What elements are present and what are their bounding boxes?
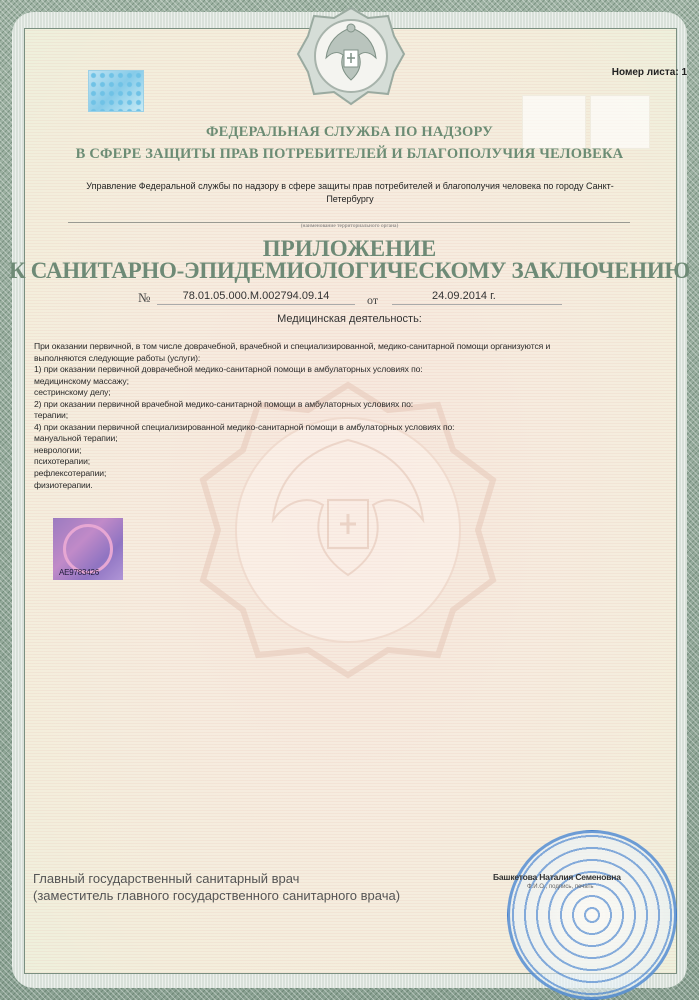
body-line: медицинскому массажу; [34,376,654,388]
agency-name-line2: В СФЕРЕ ЗАЩИТЫ ПРАВ ПОТРЕБИТЕЛЕЙ И БЛАГО… [0,146,699,163]
signatory-title-line1: Главный государственный санитарный врач [33,870,400,887]
territorial-authority-line2: Петербургу [55,193,645,206]
activity-type: Медицинская деятельность: [0,313,699,325]
territorial-authority-line1: Управление Федеральной службы по надзору… [55,180,645,193]
signatory-name: Башкетова Наталия Семеновна [493,872,621,882]
document-date: 24.09.2014 г. [392,290,562,305]
coat-of-arms-emblem-icon [296,6,406,106]
body-line: сестринскому делу; [34,387,654,399]
body-line: рефлексотерапии; [34,468,654,480]
authority-caption: (наименование территориального органа) [0,223,699,229]
territorial-authority: Управление Федеральной службы по надзору… [55,180,645,206]
body-line: неврологии; [34,445,654,457]
body-line: психотерапии; [34,456,654,468]
hologram-ring-icon [63,524,113,574]
body-line: мануальной терапии; [34,433,654,445]
hologram-sticker-top [88,70,144,112]
hologram-sticker-bottom: AE9783426 [53,518,123,580]
document-number-row: № 78.01.05.000.М.002794.09.14 от 24.09.2… [0,290,699,308]
body-line: 2) при оказании первичной врачебной меди… [34,399,654,411]
document-number: 78.01.05.000.М.002794.09.14 [157,290,355,305]
body-line: 4) при оказании первичной специализирова… [34,422,654,434]
sheet-number: Номер листа: 1 [612,67,687,78]
agency-name-line1: ФЕДЕРАЛЬНАЯ СЛУЖБА ПО НАДЗОРУ [0,124,699,141]
body-line: терапии; [34,410,654,422]
services-list: При оказании первичной, в том числе довр… [34,341,654,491]
body-line: выполняются следующие работы (услуги): [34,353,654,365]
body-line: При оказании первичной, в том числе довр… [34,341,654,353]
body-line: физиотерапии. [34,480,654,492]
document-title-line2: К САНИТАРНО-ЭПИДЕМИОЛОГИЧЕСКОМУ ЗАКЛЮЧЕН… [0,258,699,284]
signatory-title: Главный государственный санитарный врач … [33,870,400,904]
signatory-title-line2: (заместитель главного государственного с… [33,887,400,904]
number-label: № [138,290,150,306]
date-label: от [367,293,378,308]
body-line: 1) при оказании первичной доврачебной ме… [34,364,654,376]
official-stamp-icon [507,830,677,1000]
hologram-serial: AE9783426 [59,568,99,577]
signatory-caption: Ф.И.О., подпись, печать [527,884,593,890]
